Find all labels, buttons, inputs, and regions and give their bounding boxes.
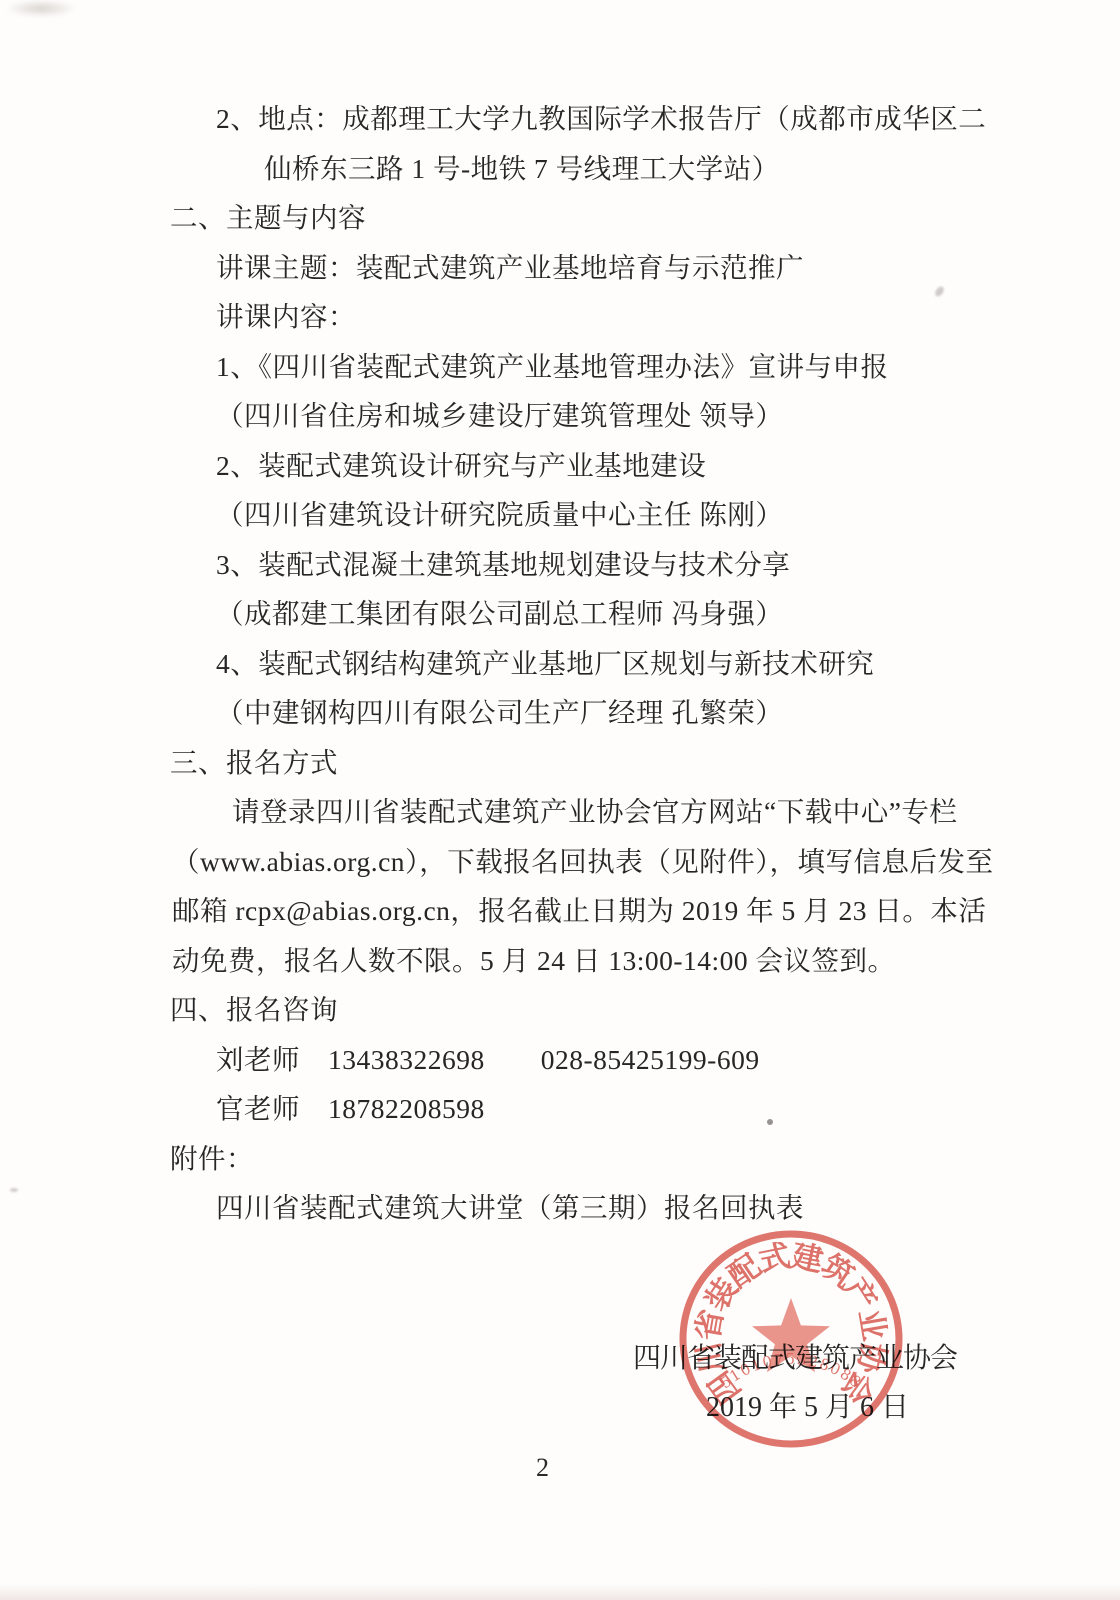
text-line: 仙桥东三路 1 号-地铁 7 号线理工大学站） (0, 144, 1120, 194)
text-line: 2、装配式建筑设计研究与产业基地建设 (0, 441, 1120, 491)
scan-edge-noise (0, 1584, 1120, 1600)
text-line: 讲课主题：装配式建筑产业基地培育与示范推广 (0, 243, 1120, 293)
text-line: 官老师 18782208598 (0, 1084, 1120, 1134)
text-line: 4、装配式钢结构建筑产业基地厂区规划与新技术研究 (0, 639, 1120, 689)
text-line: 四川省装配式建筑大讲堂（第三期）报名回执表 (0, 1183, 1120, 1233)
text-line: （四川省建筑设计研究院质量中心主任 陈刚） (0, 490, 1120, 540)
stamp-arc-char: 川 (690, 1339, 731, 1377)
text-line: 3、装配式混凝土建筑基地规划建设与技术分享 (0, 540, 1120, 590)
text-line: 讲课内容： (0, 292, 1120, 342)
text-line: 2、地点：成都理工大学九教国际学术报告厅（成都市成华区二 (0, 94, 1120, 144)
text-line: （四川省住房和城乡建设厅建筑管理处 领导） (0, 391, 1120, 441)
scan-smudge (6, 0, 76, 17)
text-line: 刘老师 13438322698 028-85425199-609 (0, 1035, 1120, 1085)
text-line: 请登录四川省装配式建筑产业协会官方网站“下载中心”专栏 (0, 787, 1120, 837)
text-line: 邮箱 rcpx@abias.org.cn，报名截止日期为 2019 年 5 月 … (0, 886, 1120, 936)
text-line: 动免费，报名人数不限。5 月 24 日 13:00-14:00 会议签到。 (0, 936, 1120, 986)
text-line: （成都建工集团有限公司副总工程师 冯身强） (0, 589, 1120, 639)
stamp-arc-char: 式 (756, 1238, 793, 1278)
official-seal-stamp: 四川省装配式建筑产业协会 5101075328088 (661, 1209, 921, 1469)
scanned-document-page: 2、地点：成都理工大学九教国际学术报告厅（成都市成华区二仙桥东三路 1 号-地铁… (0, 0, 1120, 1600)
document-body: 2、地点：成都理工大学九教国际学术报告厅（成都市成华区二仙桥东三路 1 号-地铁… (0, 94, 1120, 1233)
text-line: （www.abias.org.cn），下载报名回执表（见附件），填写信息后发至 (0, 837, 1120, 887)
text-line: 四、报名咨询 (0, 985, 1120, 1035)
stamp-arc-char: 业 (852, 1307, 892, 1344)
text-line: 附件： (0, 1134, 1120, 1184)
text-line: 二、主题与内容 (0, 193, 1120, 243)
text-line: 1、《四川省装配式建筑产业基地管理办法》宣讲与申报 (0, 342, 1120, 392)
text-line: 三、报名方式 (0, 738, 1120, 788)
page-number: 2 (536, 1453, 549, 1483)
text-line: （中建钢构四川有限公司生产厂经理 孔繁荣） (0, 688, 1120, 738)
